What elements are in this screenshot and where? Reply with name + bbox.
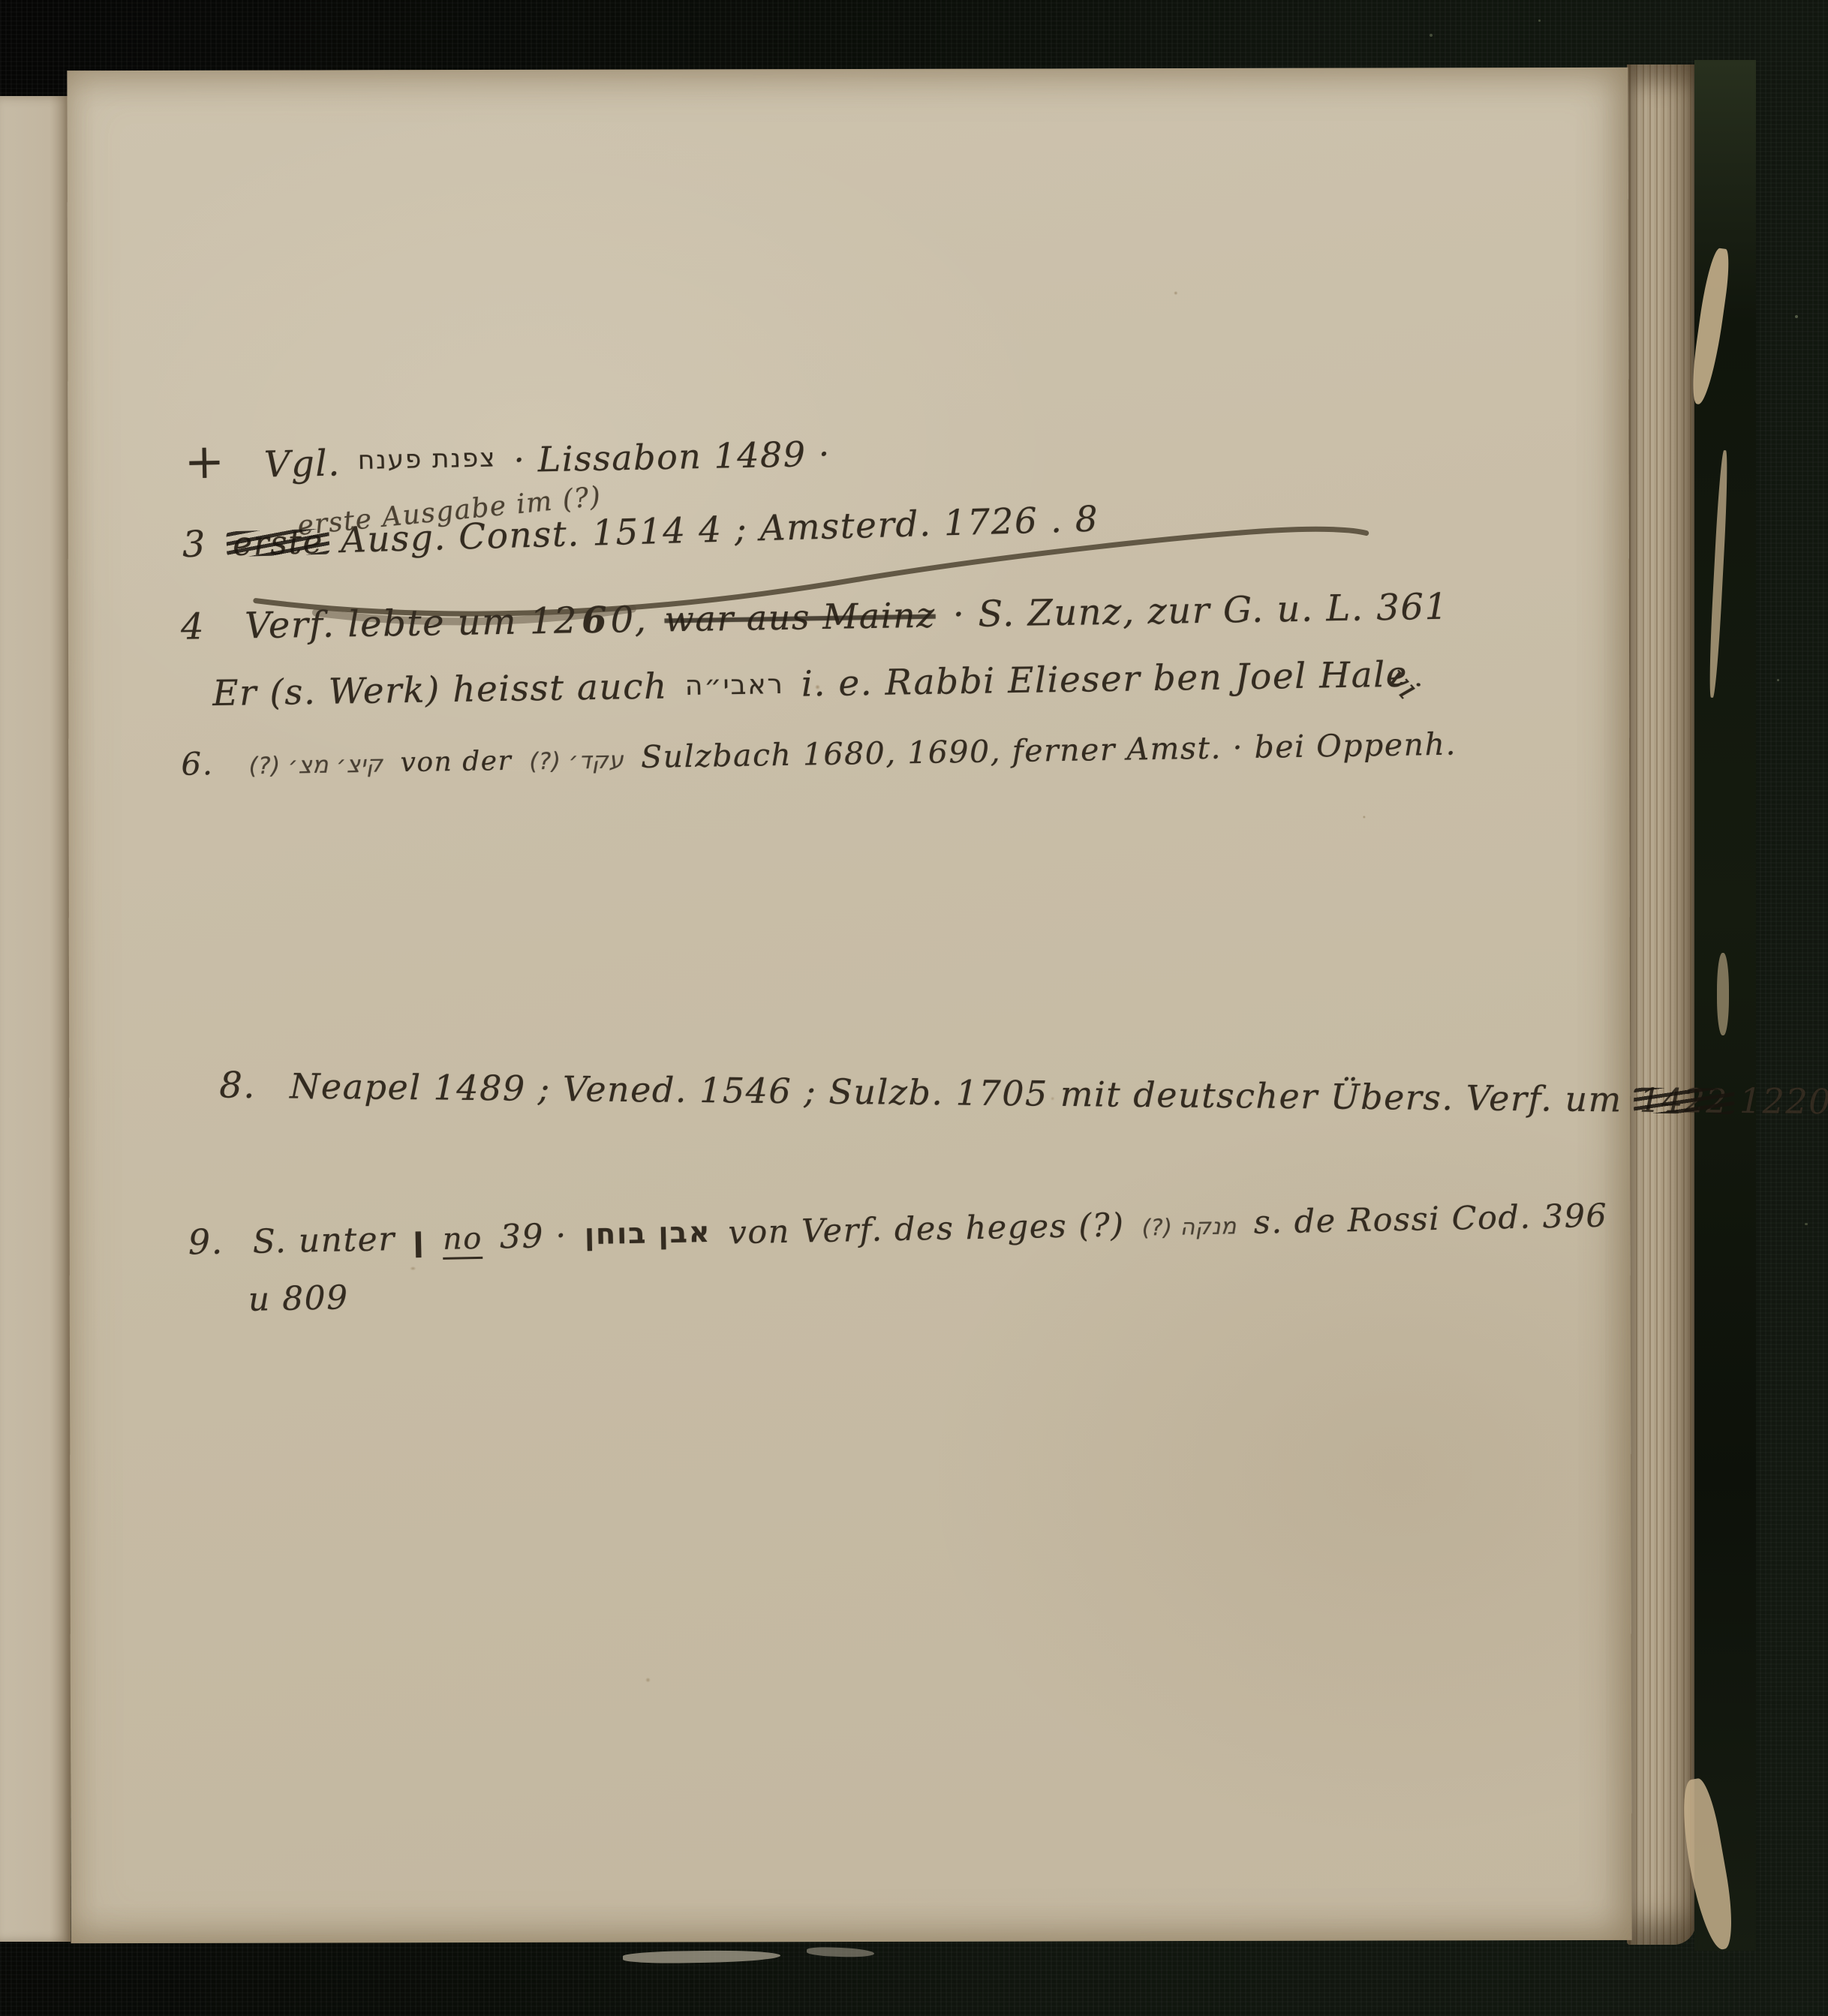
cover-speck: [1805, 1223, 1808, 1225]
entry-number: 4: [181, 605, 206, 648]
hebrew-cursive-word: קיצ׳ מצ׳ (?): [248, 751, 383, 780]
hebrew-cursive-word: עקד׳ (?): [529, 747, 624, 775]
handwritten-line: 3 erste Ausg. Const. 1514 4 ; Amsterd. 1…: [182, 497, 1113, 566]
hebrew-cursive-word: מנקה (?): [1141, 1213, 1237, 1241]
entry-number: 3: [182, 523, 207, 566]
entry-text: i. e. Rabbi Elieser ben Joel Hale: [801, 654, 1408, 705]
scribbled-number: 1422: [1640, 1082, 1728, 1121]
under-page-strip: [0, 96, 71, 1942]
torn-leather-strip: [1694, 60, 1756, 1951]
entry-text: · Lissabon 1489 ·: [513, 434, 831, 480]
entry-text: Vgl.: [263, 442, 341, 485]
entry-number: 6.: [181, 745, 214, 783]
entry-text: von Verf. des heges (?): [728, 1206, 1125, 1251]
entry-text: Sulzbach 1680, 1690, ferner Amst. · bei …: [641, 726, 1457, 775]
entry-number: 8.: [219, 1065, 256, 1107]
cover-speck: [1777, 679, 1779, 681]
underlined-no: no: [443, 1221, 483, 1260]
entry-text: u 809: [248, 1278, 349, 1319]
corrected-digit: 6: [582, 599, 607, 642]
entry-text: · S. Zunz, zur G. u. L. 361: [952, 586, 1449, 636]
torn-paper-flap: [1688, 247, 1733, 406]
handwritten-line: 8. Neapel 1489 ; Vened. 1546 ; Sulzb. 17…: [219, 1065, 1828, 1123]
handwritten-line: 6. קיצ׳ מצ׳ (?) von der עקד׳ (?) Sulzbac…: [181, 725, 1470, 783]
entry-text: Er (s. Werk) heisst auch: [212, 665, 668, 714]
entry-text: 39 ·: [499, 1217, 567, 1257]
entry-text: von der: [400, 746, 512, 778]
struck-phrase: war aus Mainz: [664, 595, 936, 640]
cover-speck: [1538, 20, 1541, 22]
handwritten-line: + Vgl. צפנת פענח · Lissabon 1489 ·: [184, 422, 845, 490]
hebrew-letter: ן: [412, 1219, 425, 1257]
handwritten-line: Er (s. Werk) heisst auch ראבי״ה i. e. Ra…: [212, 653, 1438, 714]
handwritten-line: 9. S. unter ן no 39 · אבן בוחן von Verf.…: [188, 1194, 1622, 1264]
entry-number: 9.: [188, 1221, 224, 1263]
hebrew-title: צפנת פענח: [357, 443, 496, 476]
entry-text: Neapel 1489 ; Vened. 1546 ; Sulzb. 1705 …: [290, 1065, 1622, 1119]
manuscript-page: + Vgl. צפנת פענח · Lissabon 1489 · erste…: [67, 68, 1631, 1943]
entry-text: S. unter: [252, 1220, 395, 1261]
scribbled-word: erste: [232, 523, 323, 563]
cross-marker: +: [184, 434, 227, 490]
cover-speck: [1795, 315, 1798, 318]
hebrew-title: אבן בוחן: [585, 1215, 711, 1251]
entry-text: 1220: [1739, 1080, 1828, 1122]
handwritten-line: u 809: [248, 1278, 349, 1319]
torn-paper-flap: [1707, 450, 1729, 698]
entry-text: 0,: [610, 599, 648, 641]
torn-paper-flap: [1717, 953, 1729, 1035]
scanned-book-photo: + Vgl. צפנת פענח · Lissabon 1489 · erste…: [0, 0, 1828, 2016]
hebrew-acronym: ראבי״ה: [685, 669, 785, 702]
entry-text: s. de Rossi Cod. 396: [1253, 1197, 1607, 1242]
cover-speck: [1430, 34, 1433, 37]
page-block-edge: [1627, 65, 1696, 1945]
entry-text: Verf. lebte um 12: [245, 599, 579, 647]
handwritten-line: 4 Verf. lebte um 12 6 0, war aus Mainz ·…: [181, 585, 1463, 647]
